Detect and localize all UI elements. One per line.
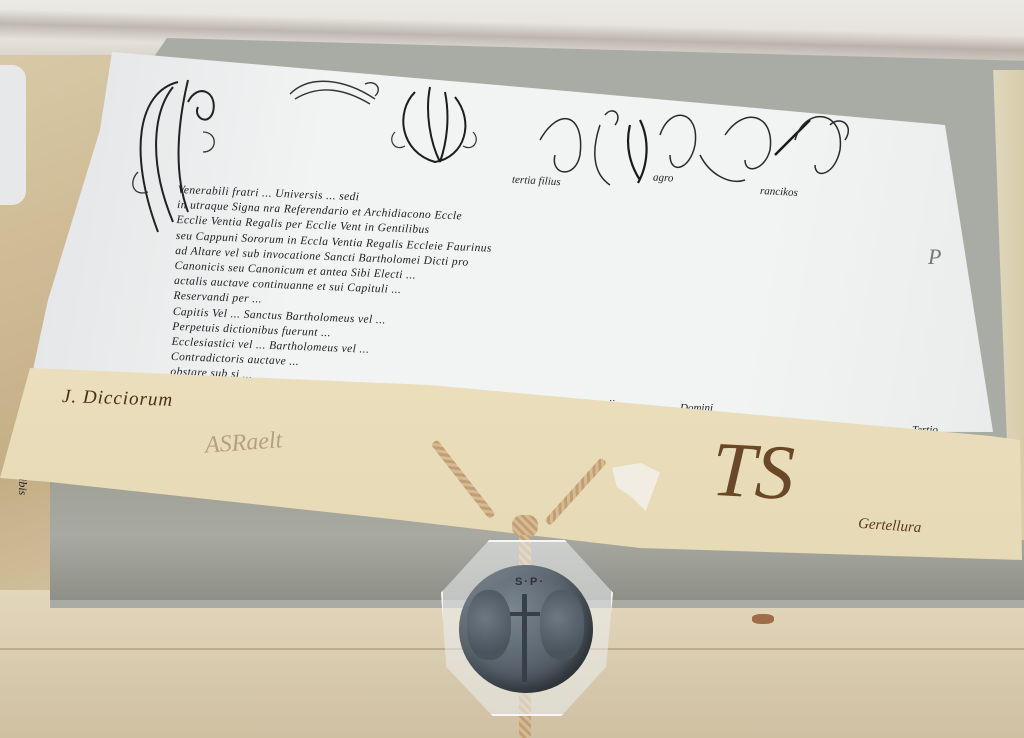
seal-head-peter-icon bbox=[540, 590, 584, 660]
seal-inscription: S·P· bbox=[515, 576, 545, 588]
seal-head-paul-icon bbox=[467, 590, 511, 660]
seal-cross-bar bbox=[510, 612, 540, 616]
signature-left: J. Dicciorum bbox=[62, 386, 174, 412]
seal-cross-icon bbox=[522, 594, 527, 682]
cord-knot bbox=[512, 515, 538, 537]
signature-monogram: TS bbox=[710, 430, 796, 512]
signature-faded: ASRaelt bbox=[204, 427, 283, 459]
